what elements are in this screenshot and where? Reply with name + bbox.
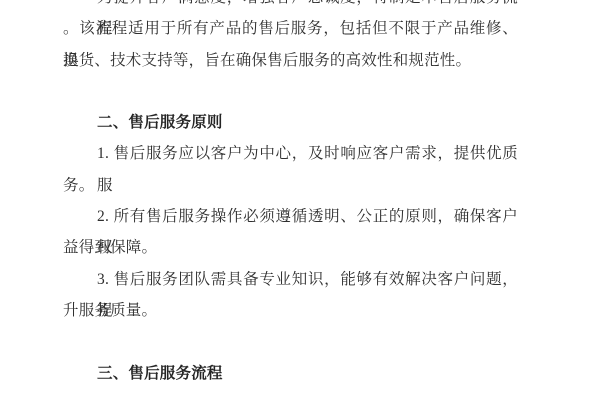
paragraph-line: 益得到保障。 <box>63 232 518 263</box>
paragraph-line: 升服务质量。 <box>63 295 518 326</box>
section-heading: 三、售后服务流程 <box>63 358 518 389</box>
paragraph-line: 务。 <box>63 170 518 201</box>
paragraph-line: 2. 所有售后服务操作必须遵循透明、公正的原则，确保客户权 <box>63 201 518 232</box>
document-page: 为提升客户满意度，增强客户忠诚度，特制定本售后服务流程。该流程适用于所有产品的售… <box>0 0 600 400</box>
paragraph-line-clipped: 为提升客户满意度，增强客户忠诚度，特制定本售后服务流程 <box>63 0 518 13</box>
text-column: 为提升客户满意度，增强客户忠诚度，特制定本售后服务流程。该流程适用于所有产品的售… <box>63 0 518 389</box>
paragraph-line: 3. 售后服务团队需具备专业知识，能够有效解决客户问题，提 <box>63 264 518 295</box>
blank-line <box>63 76 518 107</box>
paragraph-line: 换货、技术支持等，旨在确保售后服务的高效性和规范性。 <box>63 45 518 76</box>
paragraph-line: 。该流程适用于所有产品的售后服务，包括但不限于产品维修、退 <box>63 13 518 44</box>
section-heading: 二、售后服务原则 <box>63 107 518 138</box>
paragraph-line: 1. 售后服务应以客户为中心，及时响应客户需求，提供优质服 <box>63 138 518 169</box>
blank-line <box>63 326 518 357</box>
